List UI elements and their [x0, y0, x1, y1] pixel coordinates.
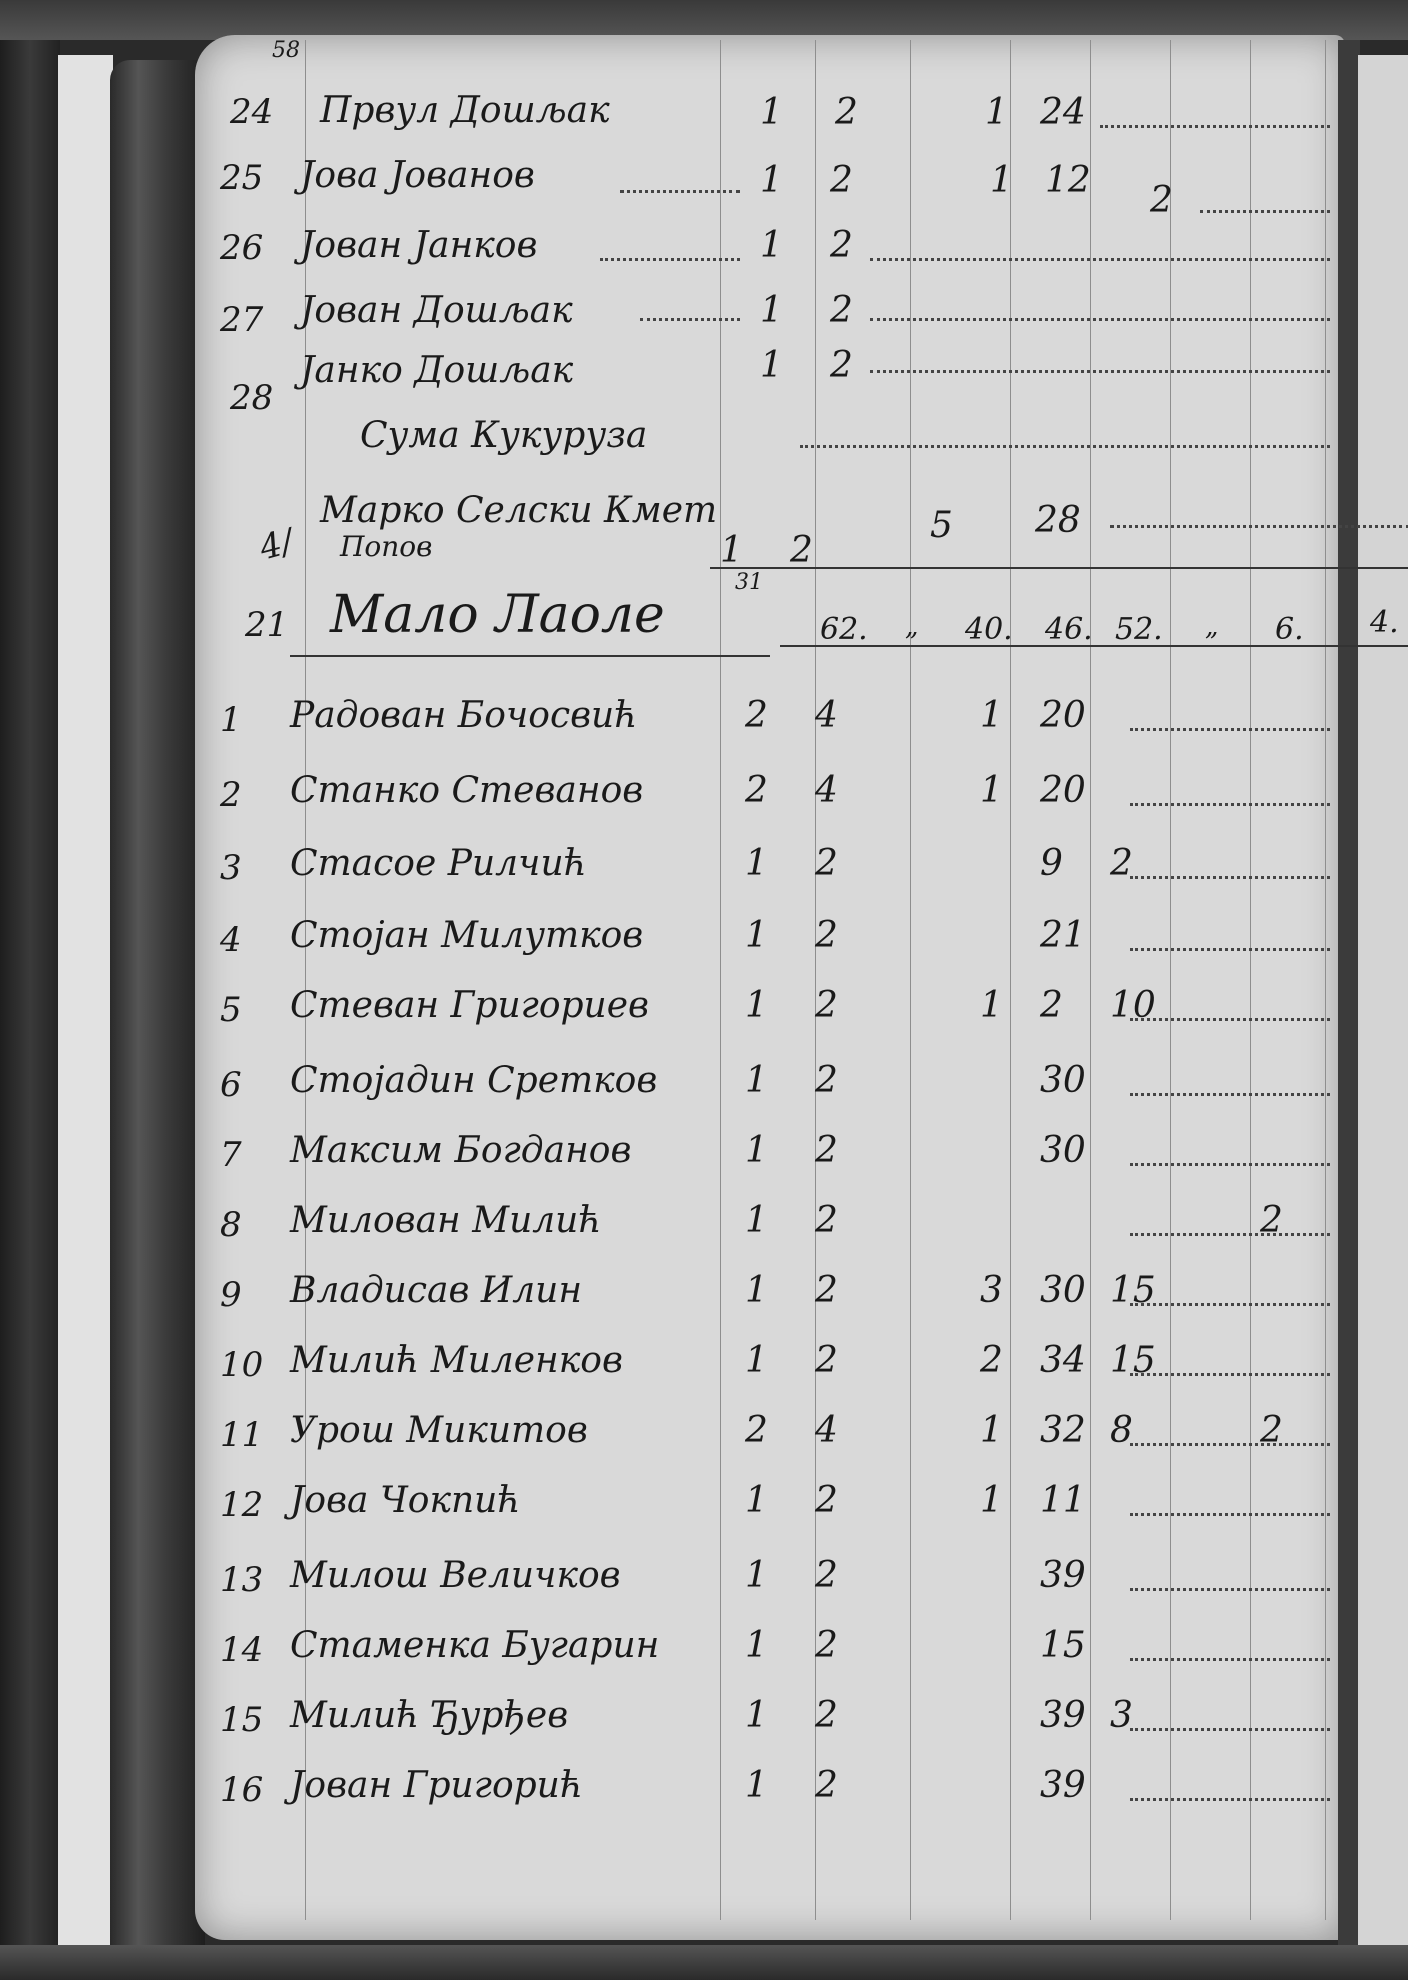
cell-value: 5: [930, 505, 953, 546]
row-number: 16: [220, 1770, 263, 1810]
total-rule: [710, 567, 1408, 569]
column-rule: [1010, 40, 1011, 1920]
cell-value: 2: [815, 1625, 838, 1666]
person-name: Стеван Григориев: [290, 985, 649, 1026]
cell-value: 2: [745, 1410, 768, 1451]
cell-value: 34: [1040, 1340, 1086, 1381]
cell-value: 1: [980, 1410, 1003, 1451]
person-name: Милић Ђурђев: [290, 1695, 568, 1736]
cell-value: 2: [815, 985, 838, 1026]
cell-value: 2: [835, 92, 858, 133]
note-title: Марко Селски Кмет: [320, 490, 717, 531]
row-number: 5: [220, 990, 242, 1030]
cell-value: 39: [1040, 1555, 1086, 1596]
person-name: Радован Бочосвић: [290, 695, 637, 736]
cell-value: 2: [980, 1340, 1003, 1381]
cell-value: 1: [990, 160, 1013, 201]
cell-value: 1: [745, 1765, 768, 1806]
facing-page-edge: [1358, 55, 1408, 1980]
person-name: Милош Величков: [290, 1555, 621, 1596]
cell-value: 1: [745, 1695, 768, 1736]
cell-value: 1: [985, 92, 1008, 133]
cell-value: 39: [1040, 1765, 1086, 1806]
cell-value: 2: [1040, 985, 1063, 1026]
person-name: Јова Чокпић: [290, 1480, 521, 1521]
person-name: Стојан Милутков: [290, 915, 643, 956]
cell-value: 32: [1040, 1410, 1086, 1451]
cell-value: 4: [815, 770, 838, 811]
cell-value: 9: [1040, 843, 1063, 884]
cell-value: 4: [815, 695, 838, 736]
total-value: 4.: [1370, 605, 1399, 640]
total-value: „: [905, 612, 918, 642]
person-name: Стојадин Сретков: [290, 1060, 657, 1101]
cell-value: 24: [1040, 92, 1086, 133]
cell-value: 2: [745, 770, 768, 811]
person-name: Јован Дошљак: [300, 290, 573, 331]
cell-value: 2: [815, 1695, 838, 1736]
cell-value: 2: [815, 1130, 838, 1171]
cell-value: 1: [745, 1340, 768, 1381]
sum-label: Сума Кукуруза: [360, 415, 647, 456]
cell-value: 2: [815, 1555, 838, 1596]
page-number: 58: [272, 38, 300, 63]
person-name: Станко Стеванов: [290, 770, 643, 811]
cell-value: 30: [1040, 1130, 1086, 1171]
cell-value: 3: [980, 1270, 1003, 1311]
cell-value: 2: [815, 843, 838, 884]
scan-top-edge: [0, 0, 1408, 40]
cell-value: 2: [815, 1270, 838, 1311]
row-number: 26: [220, 228, 263, 268]
cell-value: 2: [815, 1200, 838, 1241]
cell-value: 1: [745, 1555, 768, 1596]
person-name: Првул Дошљак: [320, 90, 610, 131]
cell-value: 1: [745, 985, 768, 1026]
cell-value: 1: [980, 985, 1003, 1026]
scan-bottom-edge: [0, 1945, 1408, 1980]
total-value: „: [1205, 612, 1218, 642]
section-rule: [290, 655, 770, 657]
person-name: Максим Богданов: [290, 1130, 631, 1171]
cell-value: 1: [745, 1060, 768, 1101]
total-value: 62.: [820, 612, 868, 647]
cell-value: 21: [1040, 915, 1086, 956]
cell-value: 20: [1040, 770, 1086, 811]
total-underline: [780, 645, 1408, 647]
row-number: 10: [220, 1345, 263, 1385]
cell-value: 1: [745, 1200, 768, 1241]
cell-value: 28: [1035, 500, 1081, 541]
row-number: 2: [220, 775, 242, 815]
cell-value: 2: [815, 1480, 838, 1521]
cell-value: 2: [790, 530, 813, 571]
person-name: Милован Милић: [290, 1200, 602, 1241]
cell-value: 2: [815, 1060, 838, 1101]
row-number: 15: [220, 1700, 263, 1740]
column-rule: [1170, 40, 1171, 1920]
person-name: Милић Миленков: [290, 1340, 623, 1381]
person-name: Јова Јованов: [300, 155, 535, 196]
cell-value: 20: [1040, 695, 1086, 736]
cell-value: 2: [745, 695, 768, 736]
row-number: 7: [220, 1135, 242, 1175]
cell-value: 11: [1040, 1480, 1086, 1521]
cell-value: 1: [745, 1625, 768, 1666]
cell-value: 15: [1040, 1625, 1086, 1666]
cell-value: 4: [815, 1410, 838, 1451]
row-number: 24: [230, 92, 273, 132]
cell-value: 2: [1150, 180, 1173, 221]
book-spine: [110, 60, 205, 1950]
cell-value: 30: [1040, 1270, 1086, 1311]
total-value: 52.: [1115, 612, 1163, 647]
row-number: 21: [245, 605, 288, 645]
cell-value: 30: [1040, 1060, 1086, 1101]
cell-value: 1: [980, 1480, 1003, 1521]
column-rule: [1090, 40, 1091, 1920]
row-number: 27: [220, 300, 263, 340]
person-name: Урош Микитов: [290, 1410, 588, 1451]
row-number: 28: [230, 378, 273, 418]
row-number: 8: [220, 1205, 242, 1245]
cell-value: 2: [830, 290, 853, 331]
book-binding: [0, 40, 60, 1980]
person-name: Јанко Дошљак: [300, 350, 573, 391]
column-rule: [1325, 40, 1326, 1920]
cell-value: 1: [745, 915, 768, 956]
person-name: Стасое Рилчић: [290, 843, 587, 884]
cell-value: 1: [760, 225, 783, 266]
row-number: 25: [220, 158, 263, 198]
row-number: 3: [220, 848, 242, 888]
cell-value: 1: [760, 92, 783, 133]
total-value: 6.: [1275, 612, 1304, 647]
row-number: 11: [220, 1415, 263, 1455]
cell-value: 1: [760, 345, 783, 386]
person-name: Јован Григорић: [290, 1765, 583, 1806]
cell-value: 2: [815, 1765, 838, 1806]
cell-value: 1: [720, 530, 743, 571]
person-name: Јован Јанков: [300, 225, 537, 266]
column-rule: [1250, 40, 1251, 1920]
page-gutter: [1338, 40, 1360, 1980]
row-number: 13: [220, 1560, 263, 1600]
cell-value: 1: [745, 1270, 768, 1311]
person-name: Владисав Илин: [290, 1270, 582, 1311]
total-value: 40.: [965, 612, 1013, 647]
binding-paper-strip: [58, 55, 113, 1980]
cell-value: 1: [745, 1480, 768, 1521]
note-subtitle: Попов: [340, 530, 432, 563]
row-number: 4: [220, 920, 242, 960]
person-name: Стаменка Бугарин: [290, 1625, 659, 1666]
cell-value: 1: [745, 843, 768, 884]
cell-value: 1: [745, 1130, 768, 1171]
cell-value: 2: [830, 345, 853, 386]
cell-value: 39: [1040, 1695, 1086, 1736]
cell-value: 1: [760, 160, 783, 201]
row-number: 14: [220, 1630, 263, 1670]
row-number: 9: [220, 1275, 242, 1315]
total-value: 46.: [1045, 612, 1093, 647]
row-number: 6: [220, 1065, 242, 1105]
column-rule: [720, 40, 721, 1920]
cell-value: 1: [980, 770, 1003, 811]
cell-value: 12: [1045, 160, 1091, 201]
row-number: 12: [220, 1485, 263, 1525]
village-superscript: 31: [735, 570, 763, 595]
row-number: 1: [220, 700, 242, 740]
cell-value: 2: [815, 915, 838, 956]
village-name: Мало Лаоле: [330, 585, 665, 645]
cell-value: 2: [830, 225, 853, 266]
cell-value: 1: [980, 695, 1003, 736]
cell-value: 2: [830, 160, 853, 201]
cell-value: 1: [760, 290, 783, 331]
cell-value: 2: [815, 1340, 838, 1381]
column-rule: [910, 40, 911, 1920]
